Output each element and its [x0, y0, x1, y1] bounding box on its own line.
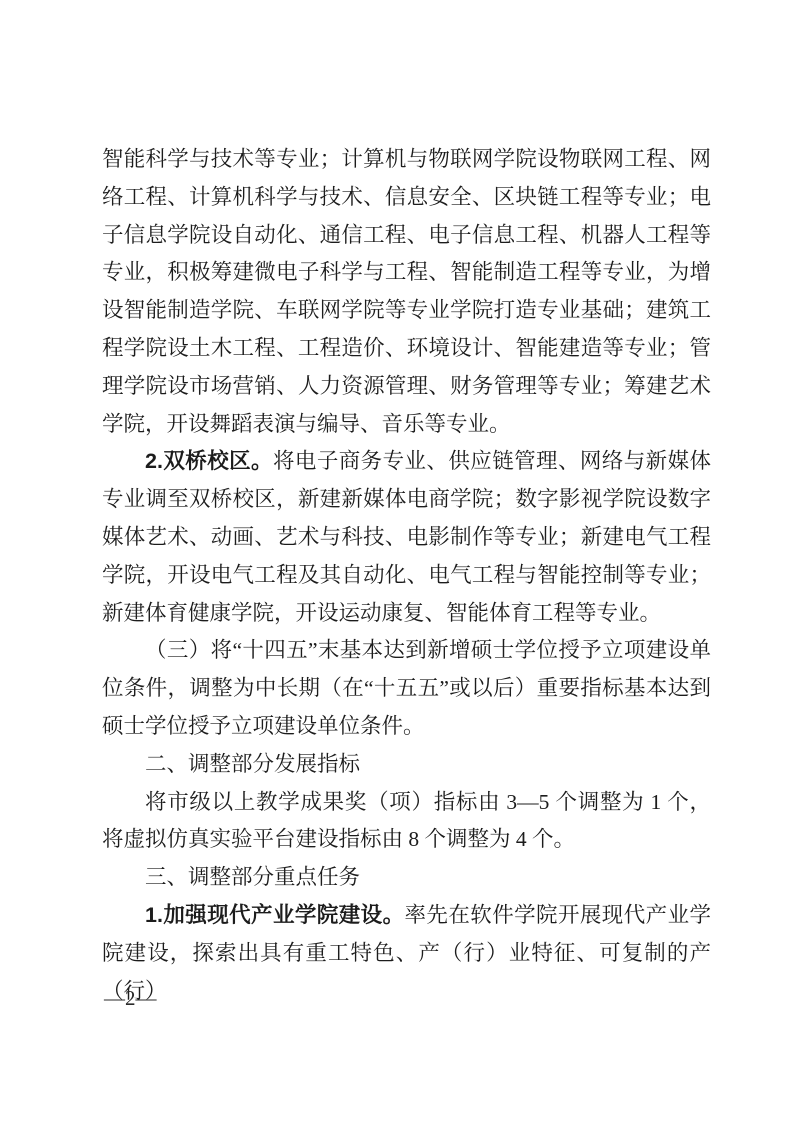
paragraph-industry-college: 1.加强现代产业学院建设。率先在软件学院开展现代产业学院建设，探索出具有重工特色… [102, 897, 711, 1010]
heading-section-two: 二、调整部分发展指标 [102, 746, 711, 784]
paragraph-item-three-master-degree: （三）将“十四五”末基本达到新增硕士学位授予立项建设单位条件，调整为中长期（在“… [102, 632, 711, 745]
document-page: 智能科学与技术等专业；计算机与物联网学院设物联网工程、网络工程、计算机科学与技术… [0, 0, 794, 1122]
paragraph-shuangqiao-campus: 2.双桥校区。将电子商务专业、供应链管理、网络与新媒体专业调至双桥校区，新建新媒… [102, 443, 711, 632]
document-body: 智能科学与技术等专业；计算机与物联网学院设物联网工程、网络工程、计算机科学与技术… [102, 141, 711, 1010]
heading-section-three: 三、调整部分重点任务 [102, 859, 711, 897]
paragraph-lead-shuangqiao: 2.双桥校区。 [145, 449, 273, 473]
page-number: —2— [104, 980, 157, 1018]
paragraph-text-shuangqiao: 将电子商务专业、供应链管理、网络与新媒体专业调至双桥校区，新建新媒体电商学院；数… [102, 449, 711, 624]
paragraph-development-indicators: 将市级以上教学成果奖（项）指标由 3—5 个调整为 1 个，将虚拟仿真实验平台建… [102, 784, 711, 860]
paragraph-main-campus-majors: 智能科学与技术等专业；计算机与物联网学院设物联网工程、网络工程、计算机科学与技术… [102, 141, 711, 443]
paragraph-lead-industry-college: 1.加强现代产业学院建设。 [145, 903, 405, 927]
